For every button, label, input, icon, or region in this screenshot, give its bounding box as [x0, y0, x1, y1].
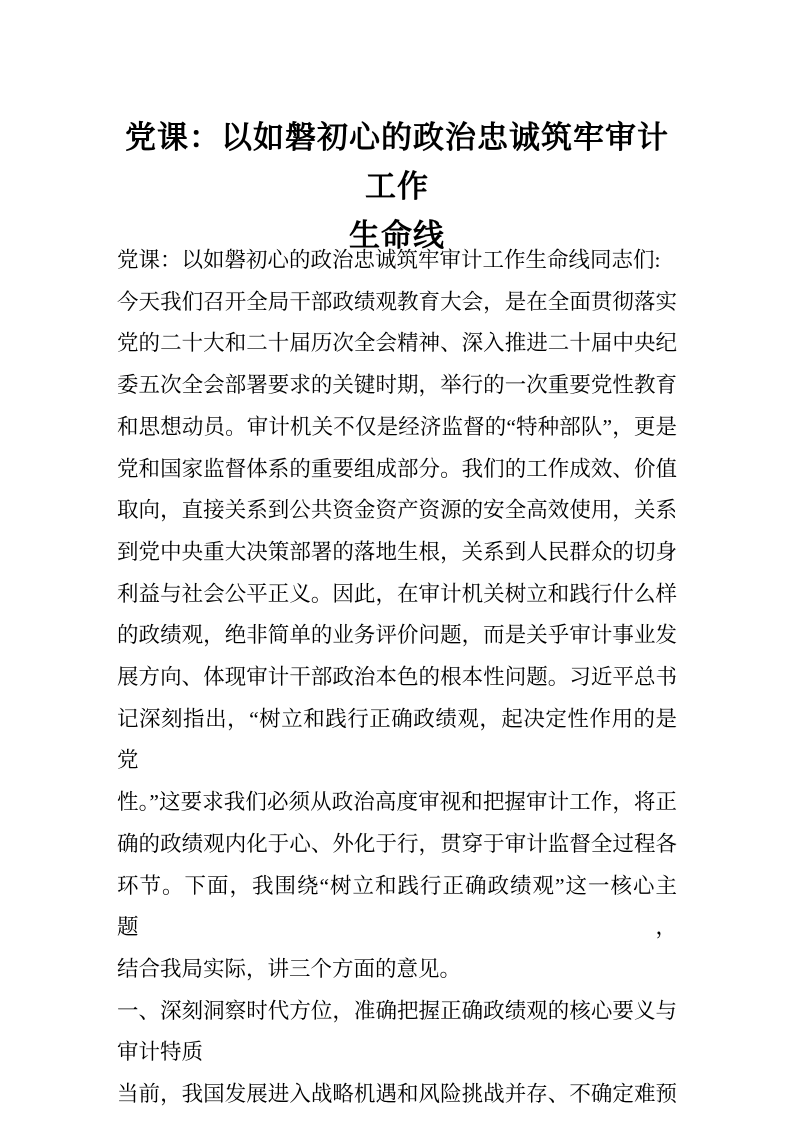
document-title-line-1: 党课：以如磐初心的政治忠诚筑牢审计工作 [117, 113, 677, 211]
paragraph-line: 今天我们召开全局干部政绩观教育大会，是在全面贯彻落实 [117, 282, 677, 324]
document-title: 党课：以如磐初心的政治忠诚筑牢审计工作 生命线 [117, 113, 677, 260]
document-body: 党课：以如磐初心的政治忠诚筑牢审计工作生命线同志们:今天我们召开全局干部政绩观教… [117, 240, 677, 1116]
paragraph-line: 确的政绩观内化于心、外化于行，贯穿于审计监督全过程各 [117, 824, 677, 866]
paragraph-line: 到党中央重大决策部署的落地生根，关系到人民群众的切身 [117, 532, 677, 574]
paragraph-line: 党课：以如磐初心的政治忠诚筑牢审计工作生命线同志们: [117, 240, 677, 282]
paragraph-line: 党和国家监督体系的重要组成部分。我们的工作成效、价值 [117, 449, 677, 491]
paragraph-line: 取向，直接关系到公共资金资产资源的安全高效使用，关系 [117, 490, 677, 532]
paragraph-line: 党的二十大和二十届历次全会精神、深入推进二十届中央纪 [117, 323, 677, 365]
paragraph-line: 的政绩观，绝非简单的业务评价问题，而是关乎审计事业发 [117, 615, 677, 657]
paragraph-line: 环节。下面，我围绕“树立和践行正确政绩观”这一核心主题， [117, 866, 677, 949]
paragraph-line: 委五次全会部署要求的关键时期，举行的一次重要党性教育 [117, 365, 677, 407]
document-page: 党课：以如磐初心的政治忠诚筑牢审计工作 生命线 党课：以如磐初心的政治忠诚筑牢审… [0, 0, 793, 1122]
paragraph-line: 利益与社会公平正义。因此，在审计机关树立和践行什么样 [117, 574, 677, 616]
paragraph-line: 展方向、体现审计干部政治本色的根本性问题。习近平总书 [117, 657, 677, 699]
paragraph-line: 审计特质 [117, 1032, 677, 1074]
paragraph-line: 当前，我国发展进入战略机遇和风险挑战并存、不确定难预 [117, 1074, 677, 1116]
paragraph-line: 和思想动员。审计机关不仅是经济监督的“特种部队”，更是 [117, 407, 677, 449]
paragraph-line: 一、深刻洞察时代方位，准确把握正确政绩观的核心要义与 [117, 991, 677, 1033]
paragraph-line: 性。”这要求我们必须从政治高度审视和把握审计工作，将正 [117, 782, 677, 824]
paragraph-line: 记深刻指出，“树立和践行正确政绩观，起决定性作用的是党 [117, 699, 677, 782]
paragraph-line: 结合我局实际，讲三个方面的意见。 [117, 949, 677, 991]
